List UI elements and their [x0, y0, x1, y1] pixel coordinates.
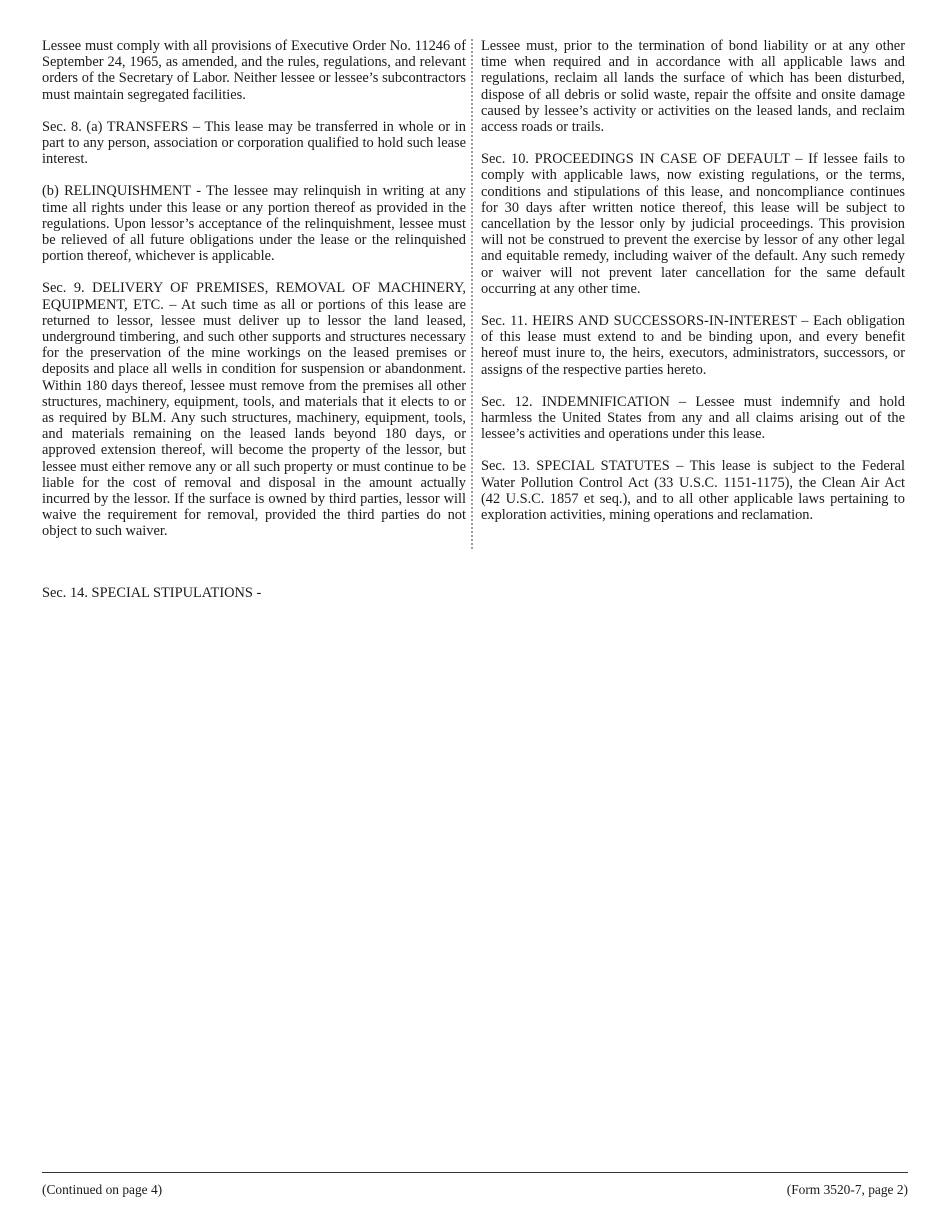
paragraph-sec13-special-statutes: Sec. 13. SPECIAL STATUTES – This lease i…	[481, 458, 905, 523]
paragraph-sec12-indemnification: Sec. 12. INDEMNIFICATION – Lessee must i…	[481, 394, 905, 443]
paragraph-equal-opportunity: Lessee must comply with all provisions o…	[42, 38, 466, 103]
paragraph-sec8a-transfers: Sec. 8. (a) TRANSFERS – This lease may b…	[42, 119, 466, 168]
paragraph-reclamation: Lessee must, prior to the termination of…	[481, 38, 905, 135]
paragraph-sec11-heirs: Sec. 11. HEIRS AND SUCCESSORS-IN-INTERES…	[481, 313, 905, 378]
paragraph-sec9-delivery-of-premises: Sec. 9. DELIVERY OF PREMISES, REMOVAL OF…	[42, 280, 466, 539]
footer-form-number: (Form 3520-7, page 2)	[787, 1182, 908, 1198]
paragraph-sec10-default: Sec. 10. PROCEEDINGS IN CASE OF DEFAULT …	[481, 151, 905, 297]
right-column: Lessee must, prior to the termination of…	[473, 38, 905, 549]
footer-rule	[42, 1172, 908, 1173]
two-column-body: Lessee must comply with all provisions o…	[42, 38, 908, 549]
sec14-special-stipulations-heading: Sec. 14. SPECIAL STIPULATIONS -	[42, 585, 261, 601]
paragraph-sec8b-relinquishment: (b) RELINQUISHMENT - The lessee may reli…	[42, 183, 466, 264]
document-page: Lessee must comply with all provisions o…	[42, 38, 908, 549]
footer-continued-note: (Continued on page 4)	[42, 1182, 162, 1198]
left-column: Lessee must comply with all provisions o…	[42, 38, 471, 549]
